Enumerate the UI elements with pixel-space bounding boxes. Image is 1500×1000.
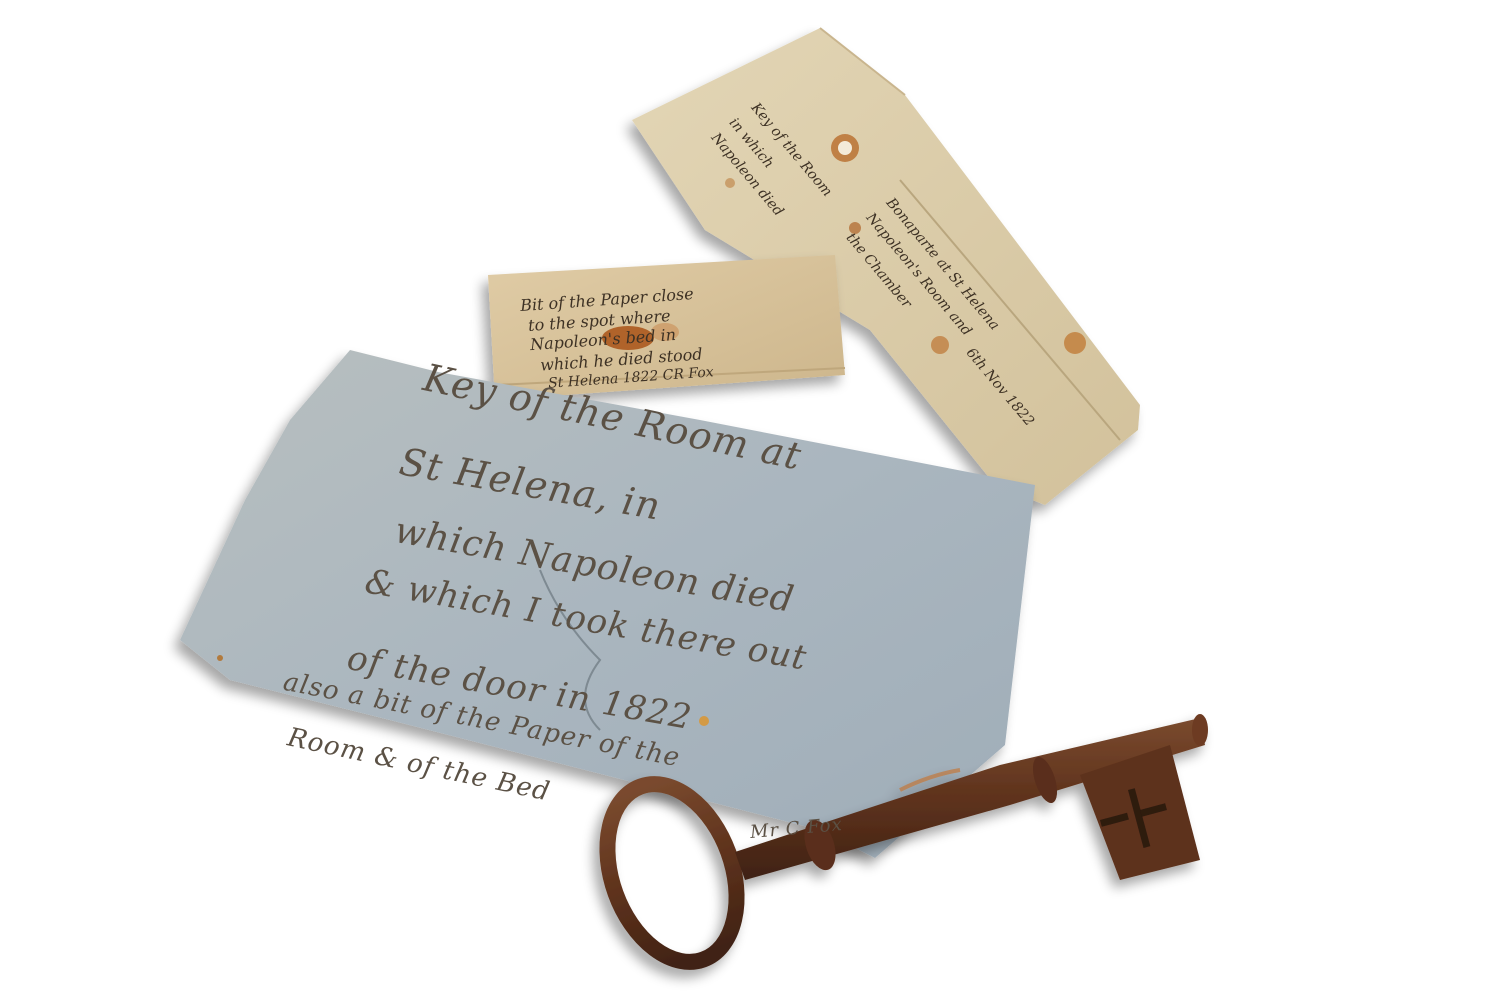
blue-line-8: Mr C Fox <box>749 814 843 843</box>
blue-line-2: St Helena, in <box>396 439 664 528</box>
photo-scene: Key of the Room at St Helena, in which N… <box>0 0 1500 1000</box>
